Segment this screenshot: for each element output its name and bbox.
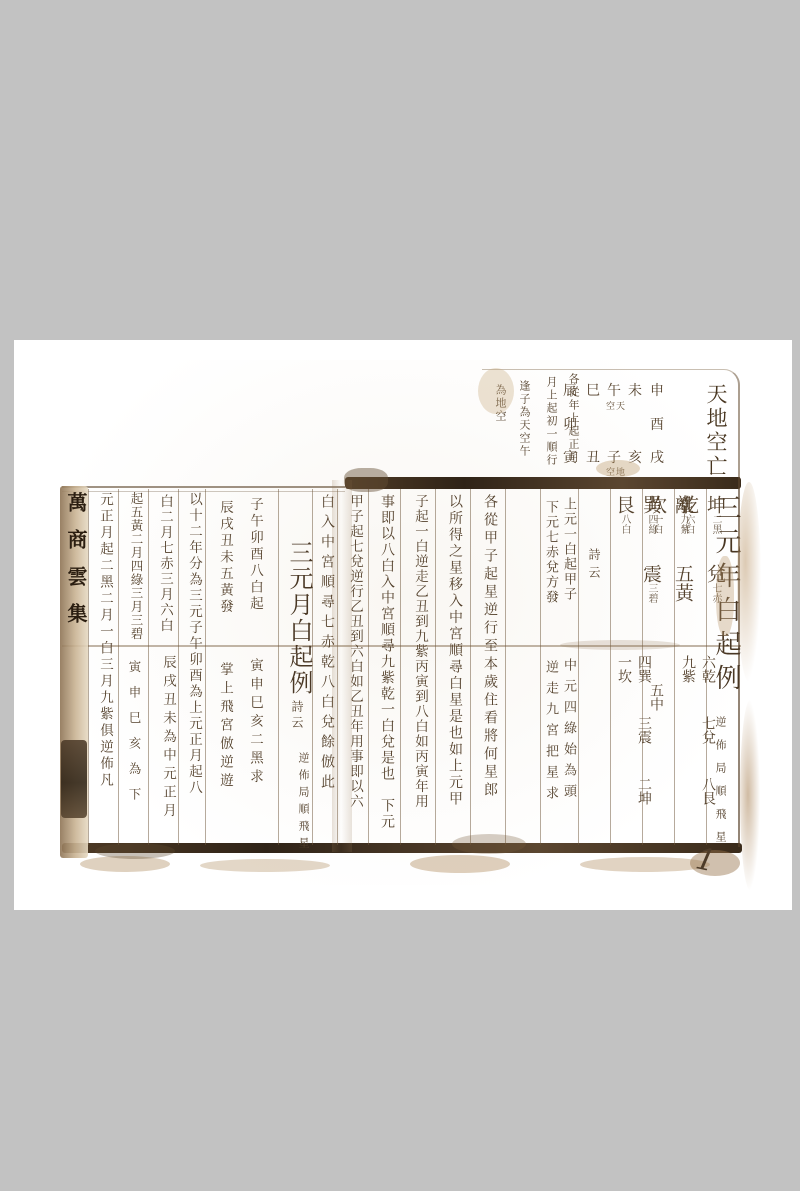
star-small: 九紫 — [678, 514, 689, 534]
star-big: 坤 — [704, 495, 726, 514]
grid-cell: 離九紫 — [674, 495, 693, 534]
grid-cell: 兌七赤 — [706, 564, 725, 603]
column-rule — [578, 489, 579, 845]
grid-cell: 七兌 — [700, 716, 716, 744]
star-big: 巽 — [640, 495, 662, 514]
top-rule-left-page — [62, 486, 345, 488]
left-page-title-note: 逆佈局順飛星 — [295, 752, 311, 867]
column-rule — [205, 489, 206, 845]
left-page-title: 三元月白起例 — [282, 540, 317, 698]
grid-cell: 三震 — [636, 716, 652, 744]
ring-branch: 巳 — [586, 380, 600, 400]
prose-column: 元正月起二黑二月一白三月九紫俱逆佈凡 — [95, 492, 115, 844]
prose-column: 事即以八白入中宮順尋九紫乾一白兌是也 下元 — [377, 494, 397, 844]
star-small: 八白 — [619, 514, 630, 534]
star-big: 兌 — [704, 564, 726, 583]
grid-cell: 艮八白 — [615, 495, 634, 534]
ring-branch: 酉 — [650, 414, 664, 434]
poem-line: 子午卯酉八白起 — [245, 497, 265, 642]
column-rule — [178, 489, 179, 845]
poem-line: 中元四綠始為頭 — [559, 658, 578, 843]
prose-column: 辰戌丑未為中元正月 — [158, 655, 178, 840]
column-rule — [400, 489, 401, 845]
prose-column: 寅申巳亥為下 — [125, 660, 143, 835]
tiandikongwang-note-2: 月上起初一順行 — [543, 376, 559, 476]
nine-palace-grid-col-c: 巽四綠 震三碧 艮八白 — [611, 495, 665, 647]
ring-branch: 亥 — [628, 447, 642, 467]
star-big: 離 — [672, 495, 694, 514]
grid-cell: 一坎 — [616, 655, 632, 683]
column-rule — [470, 489, 471, 845]
poem-line: 上元一白起甲子 — [559, 497, 578, 637]
ring-branch: 戌 — [650, 447, 664, 467]
ring-branch: 申 — [650, 380, 664, 400]
column-rule — [148, 489, 149, 845]
column-rule — [278, 489, 279, 845]
prose-column: 子起一白逆走乙丑到九紫丙寅到八白如丙寅年用 — [410, 494, 430, 844]
grid-cell: 五黃 — [674, 564, 693, 602]
prose-column: 起五黃二月四綠三月三碧 — [127, 492, 145, 647]
star-big: 震 — [640, 564, 662, 583]
grid-cell: 九紫 — [680, 655, 696, 683]
ring-branch: 未 — [628, 380, 642, 400]
flying-star-order-col-a: 六乾 七兌 八艮 九紫 — [678, 655, 718, 845]
poem-line: 寅申巳亥二黑求 — [245, 658, 265, 823]
prose-column: 以十二年分為三元子午卯酉為上元正月起八 — [184, 492, 204, 844]
star-small: 二黑 — [710, 514, 721, 534]
screenshot-canvas: 天地空亡 申 未 午 巳 辰 酉 卯 戌 亥 子 丑 寅 天空 地空 各從年上起… — [0, 0, 800, 1191]
poem-line: 掌上飛宮倣逆遊 — [215, 662, 235, 827]
star-small: 三碧 — [646, 583, 657, 603]
grid-cell: 六乾 — [700, 655, 716, 683]
column-rule — [505, 489, 506, 845]
flying-star-order-col-c: 四巽 三震 二坤 一坎 — [614, 655, 654, 845]
prose-column: 各從甲子起星逆行至本歲住看將何星郎 — [480, 494, 500, 844]
tiandikongwang-note-1: 各從年上起正月 — [565, 373, 581, 476]
column-rule — [118, 489, 119, 845]
tiandikongwang-title: 天地空亡 — [701, 383, 731, 478]
prose-column: 以所得之星移入中宮順尋白星是也如上元甲 — [445, 494, 465, 844]
ring-branch: 子 — [607, 447, 621, 467]
spine-title: 萬商雲集 — [62, 492, 91, 656]
grid-cell: 四巽 — [636, 655, 652, 683]
grid-cell: 巽四綠 — [642, 495, 661, 534]
shiyun-label-right: 詩云 — [586, 548, 603, 593]
grid-cell: 震三碧 — [642, 564, 661, 603]
column-rule — [435, 489, 436, 845]
grid-cell: 二坤 — [636, 777, 652, 805]
tiandikongwang-note-4: 為地空 — [492, 384, 508, 432]
prose-column: 甲子起七兌逆行乙丑到六白如乙丑年用事即以六 — [345, 494, 365, 844]
grid-cell: 八艮 — [700, 777, 716, 805]
tiankong-annotation: 天空 — [594, 399, 626, 412]
column-rule — [368, 489, 369, 845]
prose-column: 白入中宮順尋七赤乾八白兌餘倣此 — [317, 494, 337, 844]
grid-cell: 坤二黑 — [706, 495, 725, 534]
poem-line: 逆走九宮把星求 — [541, 660, 560, 845]
shiyun-label-left: 詩云 — [289, 700, 306, 742]
ring-branch: 丑 — [586, 447, 600, 467]
prose-column: 白二月七赤三月六白 — [155, 494, 175, 644]
top-rule-right-page — [345, 477, 741, 489]
star-big: 五黃 — [672, 564, 694, 602]
ring-branch: 午 — [607, 380, 621, 400]
poem-line: 辰戌丑未五黃發 — [215, 500, 235, 645]
star-small: 七赤 — [710, 583, 721, 603]
star-small: 四綠 — [646, 514, 657, 534]
poem-line: 下元七赤兌方發 — [541, 500, 560, 640]
tiandikongwang-note-3: 逢子為天空午 — [516, 380, 532, 472]
column-rule — [337, 489, 338, 845]
star-big: 艮 — [613, 495, 635, 514]
